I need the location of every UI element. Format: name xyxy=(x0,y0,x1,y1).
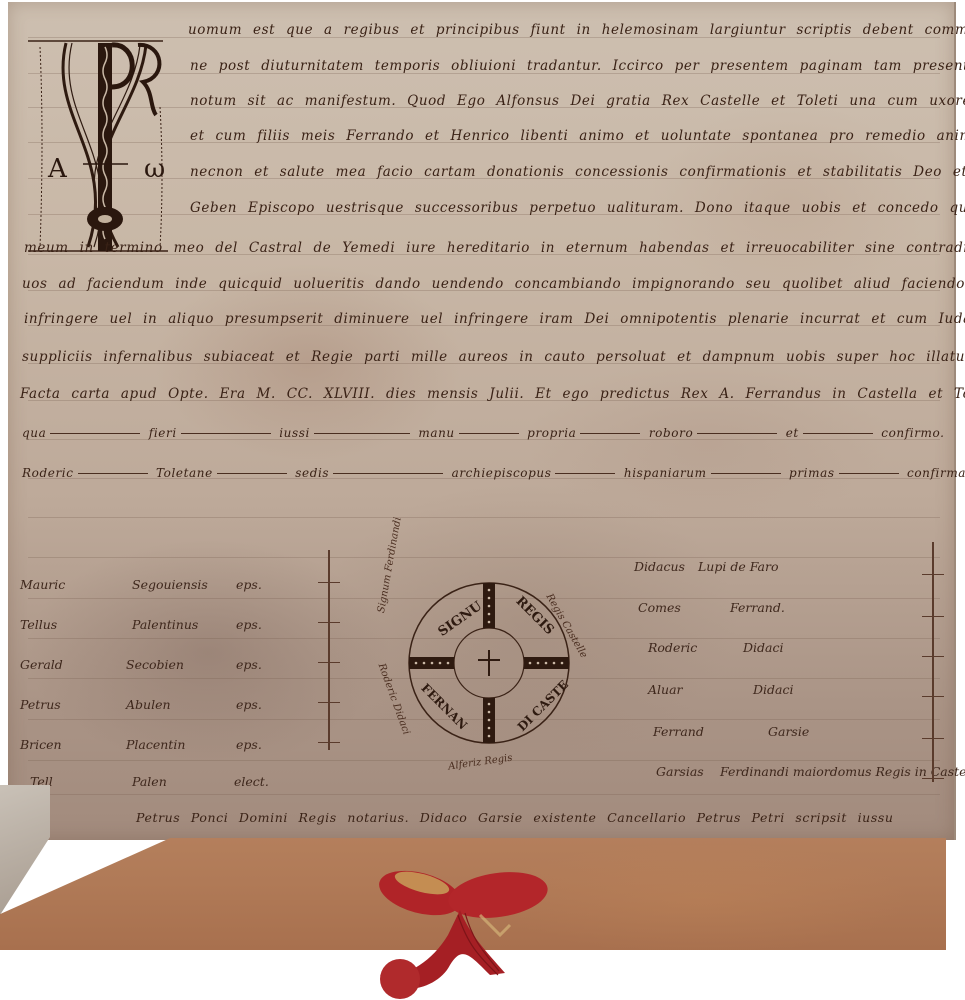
rota-quadrant-text: FERNAN xyxy=(418,681,470,733)
witness-column-rule xyxy=(328,550,330,750)
witness-title: eps. xyxy=(236,657,262,672)
conf-word: roboro xyxy=(649,426,693,440)
tick-mark xyxy=(318,742,340,743)
conf-word: Roderic xyxy=(22,466,74,480)
witness-see: Palen xyxy=(132,774,167,789)
witness-column-rule xyxy=(932,542,934,782)
witness-title: eps. xyxy=(236,617,262,632)
tick-mark xyxy=(318,622,340,623)
charter-text-line-2: ne post diuturnitatem temporis obliuioni… xyxy=(190,58,965,74)
witness-name: Aluar xyxy=(648,682,683,697)
witness-see: Placentin xyxy=(126,737,185,752)
charter-text-line-7: meum in termino meo del Castral de Yemed… xyxy=(24,240,965,256)
witness-surname: Lupi de Faro xyxy=(698,559,778,574)
tick-mark xyxy=(318,662,340,663)
witness-name: Garsias xyxy=(656,764,704,779)
charter-text-line-8: uos ad faciendum inde quicquid uolueriti… xyxy=(22,276,965,292)
tick-mark xyxy=(318,582,340,583)
conf-word: iussi xyxy=(279,426,310,440)
charter-text-line-10: suppliciis infernalibus subiaceat et Reg… xyxy=(22,349,965,365)
conf-word: manu xyxy=(418,426,454,440)
witness-see: Segouiensis xyxy=(132,577,208,592)
rota-quadrant-text: SIGNU xyxy=(436,599,486,640)
witness-name: Ferrand xyxy=(653,724,704,739)
charter-text-line-11: Facta carta apud Opte. Era M. CC. XLVIII… xyxy=(20,386,965,402)
witness-name: Tellus xyxy=(20,617,57,632)
charter-text-line-4: et cum filiis meis Ferrando et Henrico l… xyxy=(190,128,965,144)
witness-name: Gerald xyxy=(20,657,63,672)
witness-name: Didacus xyxy=(634,559,685,574)
witness-title: eps. xyxy=(236,737,262,752)
alpha-glyph: A xyxy=(47,154,68,184)
conf-word: fieri xyxy=(149,426,177,440)
witness-name: Bricen xyxy=(20,737,62,752)
confirmation-line-2: Roderic Toletane sedis archiepiscopus hi… xyxy=(22,466,965,480)
conf-word: hispaniarum xyxy=(624,466,707,480)
conf-word: Toletane xyxy=(156,466,213,480)
tick-mark xyxy=(922,616,944,617)
witness-see: Abulen xyxy=(126,697,171,712)
witness-name: Roderic xyxy=(648,640,697,655)
witness-name: Mauric xyxy=(20,577,65,592)
witness-see: Secobien xyxy=(126,657,184,672)
conf-word: confirmat. xyxy=(907,466,965,480)
tick-mark xyxy=(922,778,944,779)
conf-word: archiepiscopus xyxy=(452,466,552,480)
ruling-line xyxy=(28,794,940,795)
chrismon-monogram-icon: A ω xyxy=(28,37,178,257)
seal-cord-icon xyxy=(370,855,555,1000)
tick-mark xyxy=(922,656,944,657)
rota-outer-text: Alferiz Regis xyxy=(448,753,514,773)
conf-word: primas xyxy=(789,466,835,480)
conf-word: qua xyxy=(22,426,46,440)
witness-surname: Ferrand. xyxy=(730,600,785,615)
tick-mark xyxy=(922,696,944,697)
conf-word: sedis xyxy=(295,466,329,480)
confirmation-line-1: qua fieri iussi manu propria roboro et c… xyxy=(22,426,945,440)
ruling-line xyxy=(28,557,940,558)
ruling-line xyxy=(28,517,940,518)
tick-mark xyxy=(318,702,340,703)
witness-name: Petrus xyxy=(20,697,61,712)
parchment-sheet: A ω uomum est que a regibus et principib… xyxy=(8,2,956,840)
charter-text-line-6: Geben Episcopo uestrisque successoribus … xyxy=(190,200,965,216)
charter-text-line-9: infringere uel in aliquo presumpserit di… xyxy=(24,311,965,327)
rota-outer-text: Signum Ferdinandi xyxy=(376,516,404,614)
witness-title: eps. xyxy=(236,697,262,712)
witness-name: Comes xyxy=(638,600,681,615)
witness-see: Palentinus xyxy=(132,617,198,632)
charter-text-line-3: notum sit ac manifestum. Quod Ego Alfons… xyxy=(190,93,965,109)
witness-surname: Garsie xyxy=(768,724,809,739)
witness-title: elect. xyxy=(234,774,269,789)
conf-word: confirmo. xyxy=(881,426,944,440)
conf-word: propria xyxy=(527,426,576,440)
witness-surname: Ferdinandi maiordomus Regis in Castella xyxy=(720,764,965,779)
closing-scribe-line: Petrus Ponci Domini Regis notarius. Dida… xyxy=(136,810,894,825)
tick-mark xyxy=(922,738,944,739)
charter-text-line-1: uomum est que a regibus et principibus f… xyxy=(188,22,965,38)
witness-surname: Didaci xyxy=(753,682,793,697)
tick-mark xyxy=(922,574,944,575)
rota-quadrant-text: DI CASTE xyxy=(515,678,571,734)
witness-title: eps. xyxy=(236,577,262,592)
witness-surname: Didaci xyxy=(743,640,783,655)
charter-text-line-5: necnon et salute mea facio cartam donati… xyxy=(190,164,965,180)
conf-word: et xyxy=(786,426,799,440)
